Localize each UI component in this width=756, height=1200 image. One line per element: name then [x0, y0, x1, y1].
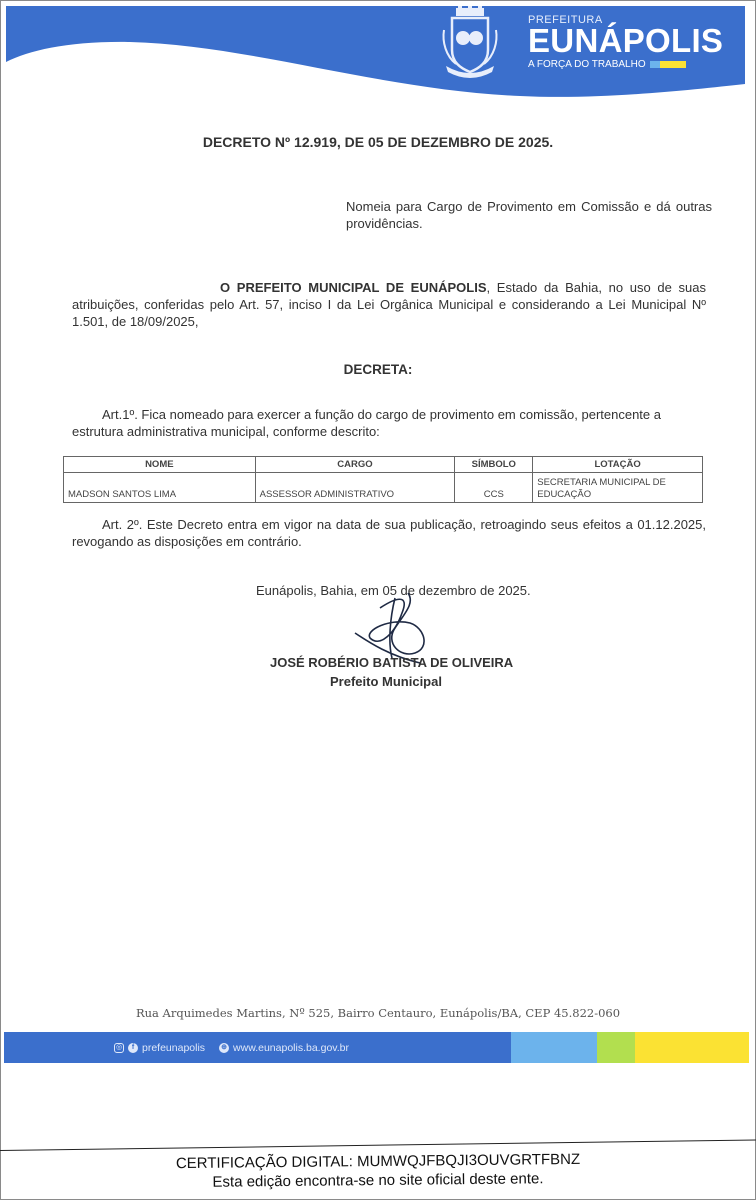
signer-name: JOSÉ ROBÉRIO BATISTA DE OLIVEIRA	[270, 655, 513, 670]
footer-contacts: ◎ f prefeunapolis ⊕ www.eunapolis.ba.gov…	[4, 1032, 511, 1063]
facebook-icon: f	[128, 1043, 138, 1053]
brand-slogan: A FORÇA DO TRABALHO	[528, 59, 646, 70]
footer-color-light-blue	[511, 1032, 597, 1063]
brand-block: PREFEITURA EUNÁPOLIS A FORÇA DO TRABALHO	[528, 14, 723, 70]
footer-color-yellow	[635, 1032, 749, 1063]
article-1: Art.1º. Fica nomeado para exercer a funç…	[72, 406, 706, 440]
decree-preamble: O PREFEITO MUNICIPAL DE EUNÁPOLIS, Estad…	[72, 279, 706, 330]
col-simbolo: SÍMBOLO	[455, 457, 533, 473]
brand-slogan-row: A FORÇA DO TRABALHO	[528, 59, 723, 70]
col-nome: NOME	[64, 457, 256, 473]
decreta-heading: DECRETA:	[0, 362, 756, 377]
article-2: Art. 2º. Este Decreto entra em vigor na …	[72, 516, 706, 550]
cell-cargo: ASSESSOR ADMINISTRATIVO	[255, 473, 455, 503]
globe-icon: ⊕	[219, 1043, 229, 1053]
footer-address: Rua Arquimedes Martins, Nº 525, Bairro C…	[0, 1006, 756, 1020]
decree-summary: Nomeia para Cargo de Provimento em Comis…	[346, 198, 712, 232]
decree-title: DECRETO Nº 12.919, DE 05 DE DEZEMBRO DE …	[0, 134, 756, 150]
cell-lotacao: SECRETARIA MUNICIPAL DE EDUCAÇÃO	[533, 473, 703, 503]
brand-city: EUNÁPOLIS	[528, 26, 723, 56]
appointment-table: NOME CARGO SÍMBOLO LOTAÇÃO MADSON SANTOS…	[63, 456, 703, 503]
instagram-icon: ◎	[114, 1043, 124, 1053]
preamble-authority: O PREFEITO MUNICIPAL DE EUNÁPOLIS	[220, 280, 487, 295]
footer-color-green	[597, 1032, 635, 1063]
col-lotacao: LOTAÇÃO	[533, 457, 703, 473]
signer-role: Prefeito Municipal	[330, 674, 442, 689]
col-cargo: CARGO	[255, 457, 455, 473]
city-crest-icon	[438, 6, 502, 84]
footer-bar: ◎ f prefeunapolis ⊕ www.eunapolis.ba.gov…	[4, 1032, 749, 1063]
table-header-row: NOME CARGO SÍMBOLO LOTAÇÃO	[64, 457, 703, 473]
website-link[interactable]: www.eunapolis.ba.gov.br	[233, 1042, 349, 1054]
social-handle: prefeunapolis	[142, 1042, 205, 1054]
brand-color-bar	[650, 61, 686, 68]
cell-nome: MADSON SANTOS LIMA	[64, 473, 256, 503]
cell-simbolo: CCS	[455, 473, 533, 503]
table-row: MADSON SANTOS LIMA ASSESSOR ADMINISTRATI…	[64, 473, 703, 503]
